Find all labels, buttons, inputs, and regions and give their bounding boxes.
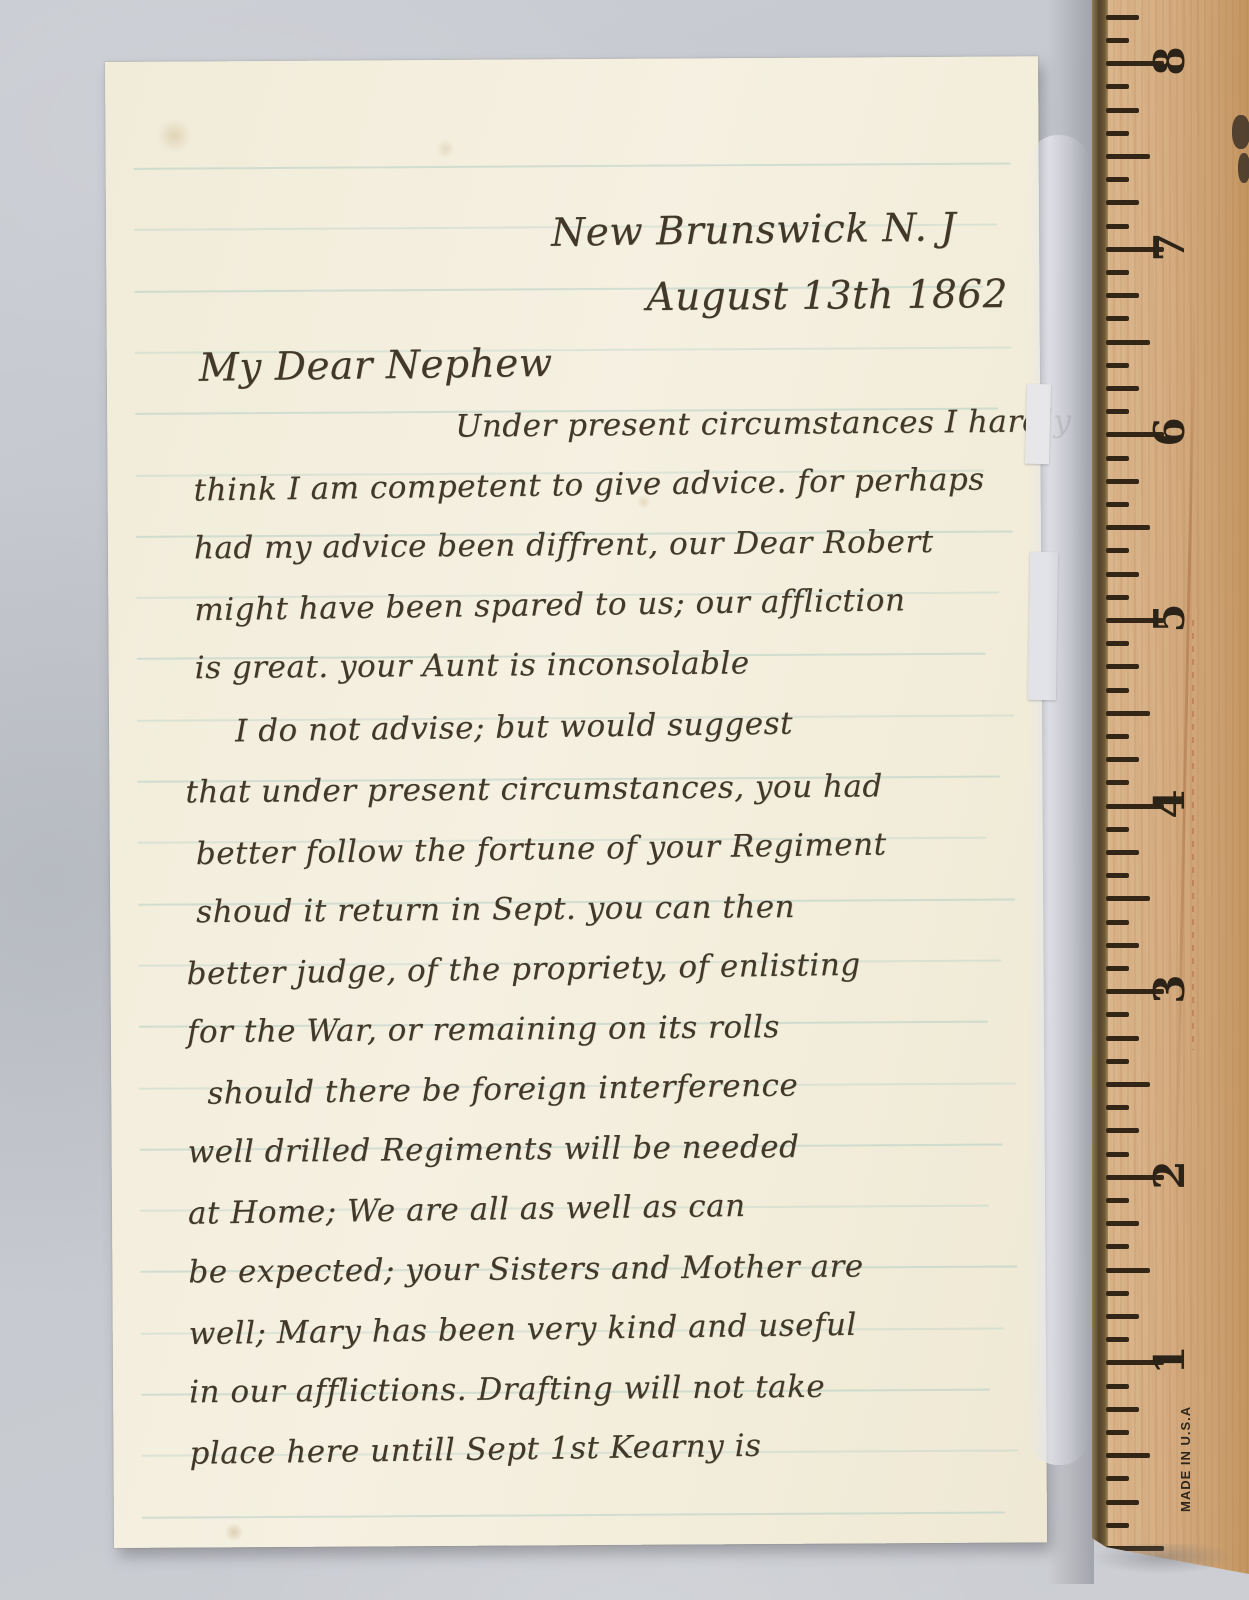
ruler-tick [1106, 270, 1129, 275]
ruler-tick [1106, 1314, 1139, 1319]
partial-brand-stamp [1238, 153, 1249, 183]
ruler-tick [1106, 1337, 1129, 1342]
handwriting-line-body: think I am competent to give advice. for… [193, 462, 985, 509]
ruler-tick [1106, 1152, 1129, 1157]
ruler-tick [1106, 827, 1129, 832]
handwriting-line-place: New Brunswick N. J [551, 205, 957, 256]
paper-stain [157, 117, 191, 153]
ruler-tick [1106, 1105, 1129, 1110]
ruler-tick [1106, 1500, 1139, 1505]
handwriting-line-body: is great. your Aunt is inconsolable [195, 645, 750, 686]
ruler-tick [1106, 200, 1139, 205]
ruler-tick [1106, 316, 1129, 321]
handwriting-line-body: might have been spared to us; our afflic… [194, 582, 906, 628]
ruler-tick [1106, 363, 1129, 368]
ruler-tick [1106, 38, 1129, 43]
handwriting-line-body: place here untill Sept 1st Kearny is [189, 1428, 761, 1472]
ruler-number-5: 5 [1148, 596, 1192, 640]
ruler-tick [1106, 734, 1129, 739]
handwriting-line-body: should there be foreign interference [207, 1067, 798, 1111]
paper-stain [435, 140, 455, 158]
ruler-tick [1106, 780, 1129, 785]
handwriting-line-body: in our afflictions. Drafting will not ta… [189, 1369, 825, 1411]
ruler-tick [1106, 84, 1129, 89]
ruler-tick [1106, 1291, 1129, 1296]
ruler-tick [1106, 409, 1129, 414]
ruler-tick [1106, 896, 1150, 901]
ruler-number-7: 7 [1148, 225, 1192, 269]
handwriting-line-body: for the War, or remaining on its rolls [187, 1009, 780, 1050]
ruler-tick [1106, 873, 1129, 878]
ruler-number-4: 4 [1148, 782, 1192, 826]
handwriting-line-body: better follow the fortune of your Regime… [196, 827, 887, 873]
handwriting-line-body: better judge, of the propriety, of enlis… [186, 947, 861, 992]
photo-background: New Brunswick N. JAugust 13th 1862My Dea… [0, 0, 1249, 1600]
handwriting-line-body: I do not advise; but would suggest [235, 706, 793, 750]
ruler-tick [1106, 479, 1139, 484]
ruler-tick [1106, 1430, 1129, 1435]
ruler-tick [1106, 1012, 1129, 1017]
ruler-number-3: 3 [1148, 967, 1192, 1011]
handwriting-line-body: had my advice been diffrent, our Dear Ro… [194, 524, 934, 566]
ruled-lines [105, 56, 1038, 62]
ruler-tick [1106, 1523, 1129, 1528]
ruled-line [134, 162, 1011, 169]
ruler-tick [1106, 1476, 1129, 1481]
ruler-tick [1106, 572, 1139, 577]
ruler-tick [1106, 711, 1150, 716]
ruler-tick [1106, 1082, 1150, 1087]
ruler-tick [1106, 688, 1129, 693]
ruler-tick [1106, 943, 1139, 948]
ruler-tick [1106, 850, 1139, 855]
ruler-tick [1106, 15, 1139, 20]
ruler-tick [1106, 1244, 1129, 1249]
ruler-tick [1106, 386, 1139, 391]
ruler-tick [1106, 1453, 1150, 1458]
ruler: 87654321 MADE IN U.S.A [1092, 0, 1249, 1578]
handwriting-line-body: well; Mary has been very kind and useful [189, 1307, 858, 1352]
partial-brand-stamp [1232, 115, 1249, 149]
ruler-tick [1106, 456, 1129, 461]
handwriting-line-body: Under present circumstances I hardly [455, 403, 1072, 444]
ruler-number-2: 2 [1148, 1153, 1192, 1197]
handwriting-line-body: shoud it return in Sept. you can then [196, 889, 795, 930]
ruler-tick [1106, 1407, 1139, 1412]
handwriting-line-body: that under present circumstances, you ha… [185, 768, 883, 810]
handwriting-line-body: at Home; We are all as well as can [188, 1188, 746, 1232]
ruler-tick [1106, 108, 1139, 113]
letter-paper: New Brunswick N. JAugust 13th 1862My Dea… [105, 56, 1047, 1548]
ruler-tick [1106, 1128, 1139, 1133]
ruler-tick [1106, 1268, 1150, 1273]
ruler-tick [1106, 1198, 1129, 1203]
ruled-line [142, 1511, 1005, 1518]
handwriting-line-salutation: My Dear Nephew [199, 341, 553, 391]
ruler-tick [1106, 502, 1129, 507]
ruler-tick [1106, 131, 1129, 136]
ruler-tick [1106, 1221, 1139, 1226]
ruler-number-8: 8 [1148, 39, 1192, 83]
ruler-tick [1106, 757, 1139, 762]
ruler-tick [1106, 525, 1150, 530]
ruler-tick [1106, 664, 1139, 669]
ruler-tick [1106, 1036, 1139, 1041]
ruler-tick [1106, 224, 1129, 229]
ruler-tick [1106, 920, 1129, 925]
ruler-tick [1106, 641, 1129, 646]
ruler-shadow [1048, 0, 1094, 1584]
ruler-tick [1106, 966, 1129, 971]
handwriting-line-date: August 13th 1862 [646, 272, 1008, 320]
handwriting-line-body: well drilled Regiments will be needed [188, 1129, 800, 1170]
ruler-tick [1106, 1384, 1129, 1389]
ruler-number-1: 1 [1148, 1338, 1192, 1382]
made-in-usa-stamp: MADE IN U.S.A [1178, 1398, 1193, 1512]
paper-stain [224, 1523, 244, 1541]
ruler-tick [1106, 1059, 1129, 1064]
ruler-tick [1106, 293, 1139, 298]
ruler-tick [1106, 548, 1129, 553]
ruler-end-shadow [1092, 1544, 1249, 1588]
ruler-tick [1106, 340, 1150, 345]
ruler-tick [1106, 177, 1129, 182]
ruler-tick [1106, 595, 1129, 600]
handwriting-text: New Brunswick N. JAugust 13th 1862My Dea… [105, 56, 1038, 62]
ruler-number-6: 6 [1148, 410, 1192, 454]
ruler-tick [1106, 154, 1150, 159]
handwriting-line-body: be expected; your Sisters and Mother are [188, 1249, 864, 1291]
